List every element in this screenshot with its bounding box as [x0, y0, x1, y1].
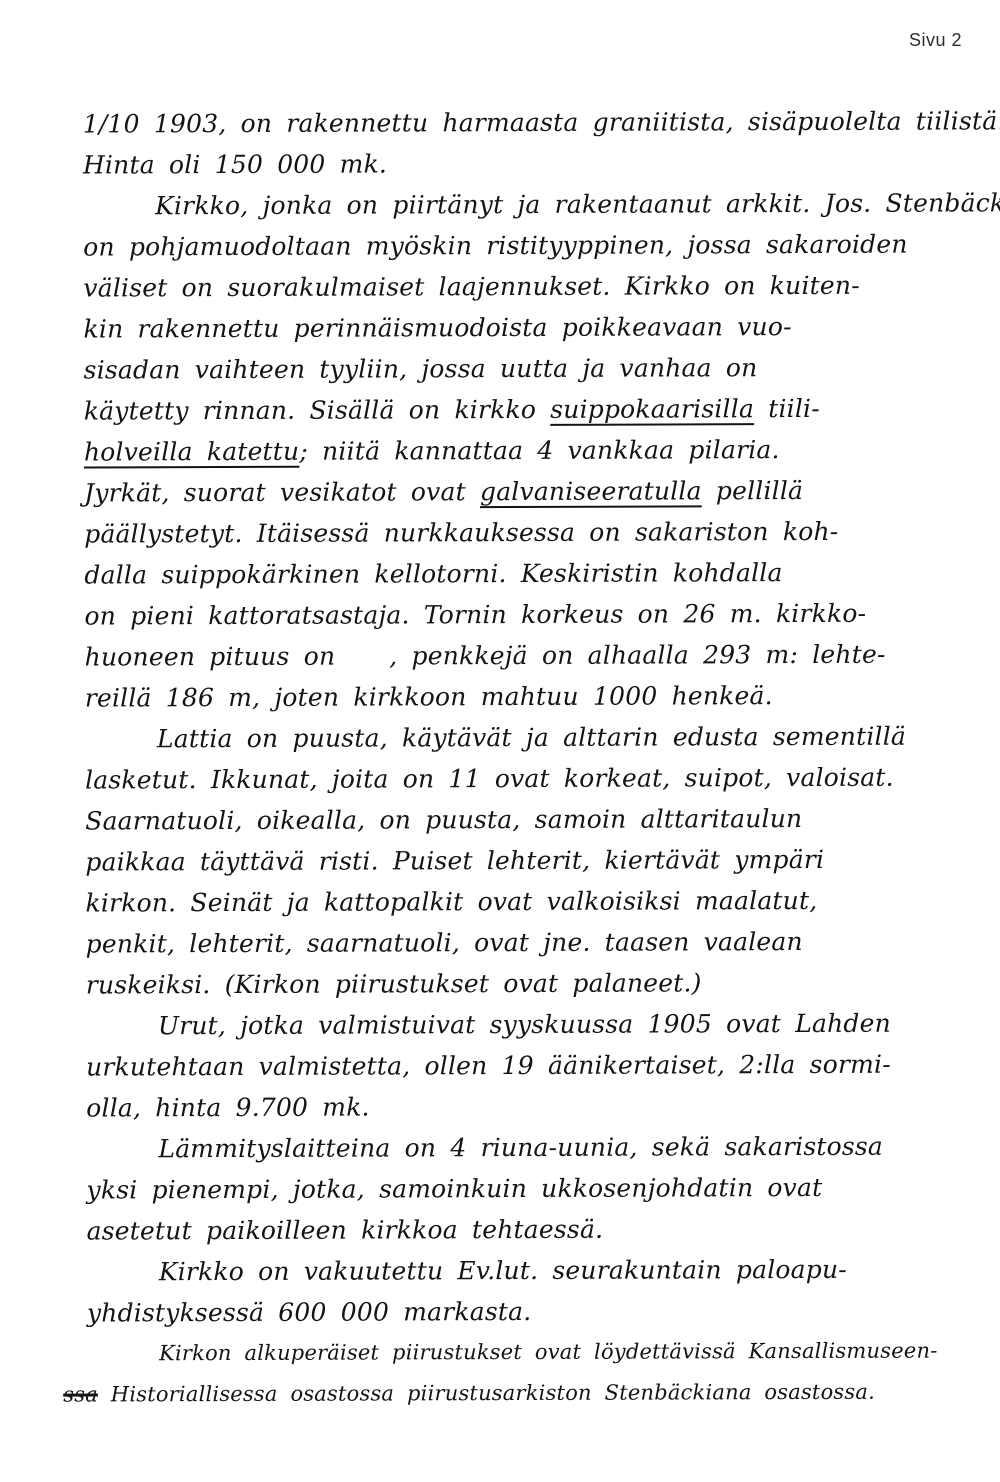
manuscript-text: Historiallisessa osastossa piirustusarki… [98, 1380, 875, 1407]
manuscript-line: käytetty rinnan. Sisällä on kirkko suipp… [84, 387, 946, 431]
manuscript-line: ssa Historiallisessa osastossa piirustus… [63, 1371, 949, 1415]
manuscript-text: tiili- [754, 394, 820, 423]
manuscript-text: galvaniseeratulla [480, 476, 702, 506]
manuscript-text: urkutehtaan valmistetta, ollen 19 äänike… [86, 1050, 891, 1082]
manuscript-text: ssa [63, 1382, 98, 1406]
manuscript-text: 1/10 1903, on rakennettu harmaasta grani… [83, 106, 1000, 138]
manuscript-text: Lämmityslaitteina on 4 riuna-uunia, sekä… [158, 1132, 883, 1164]
manuscript-line: Kirkon alkuperäiset piirustukset ovat lö… [87, 1330, 949, 1374]
manuscript-text: penkit, lehterit, saarnatuoli, ovat jne.… [86, 927, 803, 959]
manuscript-text: dalla suippokärkinen kellotorni. Keskiri… [84, 558, 782, 589]
manuscript-line: väliset on suorakulmaiset laajennukset. … [83, 264, 945, 308]
manuscript-text: Kirkko, jonka on piirtänyt ja rakentaanu… [155, 188, 1000, 220]
manuscript-line: lasketut. Ikkunat, joita on 11 ovat kork… [85, 756, 947, 800]
manuscript-text: Saarnatuoli, oikealla, on puusta, samoin… [85, 804, 802, 836]
scanned-document-page: Sivu 2 1/10 1903, on rakennettu harmaast… [0, 0, 1000, 1482]
manuscript-line: holveilla katettu; niitä kannattaa 4 van… [84, 428, 946, 472]
manuscript-line: yhdistyksessä 600 000 markasta. [87, 1289, 949, 1333]
manuscript-text: kirkon. Seinät ja kattopalkit ovat valko… [85, 886, 817, 918]
manuscript-text: Hinta oli 150 000 mk. [83, 149, 387, 179]
manuscript-line: sisadan vaihteen tyyliin, jossa uutta ja… [84, 346, 946, 390]
manuscript: 1/10 1903, on rakennettu harmaasta grani… [83, 100, 950, 1415]
manuscript-text: väliset on suorakulmaiset laajennukset. … [83, 271, 860, 303]
manuscript-line: 1/10 1903, on rakennettu harmaasta grani… [83, 100, 945, 144]
manuscript-text: päällystetyt. Itäisessä nurkkauksessa on… [84, 517, 838, 549]
manuscript-text: yhdistyksessä 600 000 markasta. [87, 1297, 531, 1328]
page-number-label: Sivu 2 [909, 30, 962, 51]
manuscript-text: ruskeiksi. (Kirkon piirustukset ovat pal… [86, 968, 702, 999]
manuscript-text: on pohjamuodoltaan myöskin ristityyppine… [83, 230, 908, 262]
manuscript-text: Urut, jotka valmistuivat syyskuussa 1905… [158, 1009, 891, 1041]
manuscript-line: olla, hinta 9.700 mk. [86, 1084, 948, 1128]
manuscript-text: on pieni kattoratsastaja. Tornin korkeus… [84, 599, 866, 631]
manuscript-text: Jyrkät, suorat vesikatot ovat [84, 477, 480, 507]
manuscript-text: holveilla katettu [84, 437, 300, 467]
manuscript-line: Urut, jotka valmistuivat syyskuussa 1905… [86, 1002, 948, 1046]
manuscript-line: Jyrkät, suorat vesikatot ovat galvanisee… [84, 469, 946, 513]
manuscript-line: Saarnatuoli, oikealla, on puusta, samoin… [85, 797, 947, 841]
manuscript-text: käytetty rinnan. Sisällä on kirkko [84, 395, 551, 426]
manuscript-text: olla, hinta 9.700 mk. [86, 1093, 370, 1123]
manuscript-line: on pohjamuodoltaan myöskin ristityyppine… [83, 223, 945, 267]
manuscript-text: reillä 186 m, joten kirkkoon mahtuu 1000… [85, 681, 773, 712]
manuscript-line: on pieni kattoratsastaja. Tornin korkeus… [84, 592, 946, 636]
manuscript-text: lasketut. Ikkunat, joita on 11 ovat kork… [85, 763, 894, 795]
manuscript-text: huoneen pituus on [85, 642, 336, 672]
manuscript-line: penkit, lehterit, saarnatuoli, ovat jne.… [86, 920, 948, 964]
manuscript-text: pellillä [702, 476, 804, 505]
manuscript-line: Lattia on puusta, käytävät ja alttarin e… [85, 715, 947, 759]
manuscript-line: Kirkko on vakuutettu Ev.lut. seurakuntai… [87, 1248, 949, 1292]
manuscript-text: yksi pienempi, jotka, samoinkuin ukkosen… [86, 1173, 822, 1205]
manuscript-text: sisadan vaihteen tyyliin, jossa uutta ja… [84, 353, 758, 384]
manuscript-line: kirkon. Seinät ja kattopalkit ovat valko… [85, 879, 947, 923]
manuscript-text: Kirkko on vakuutettu Ev.lut. seurakuntai… [159, 1255, 847, 1286]
manuscript-line: paikkaa täyttävä risti. Puiset lehterit,… [85, 838, 947, 882]
manuscript-line: päällystetyt. Itäisessä nurkkauksessa on… [84, 510, 946, 554]
manuscript-line: Kirkko, jonka on piirtänyt ja rakentaanu… [83, 182, 945, 226]
manuscript-line: Hinta oli 150 000 mk. [83, 141, 945, 185]
manuscript-text: Kirkon alkuperäiset piirustukset ovat lö… [159, 1339, 937, 1366]
manuscript-text: asetetut paikoilleen kirkkoa tehtaessä. [87, 1215, 604, 1246]
manuscript-line: Lämmityslaitteina on 4 riuna-uunia, sekä… [86, 1125, 948, 1169]
manuscript-text: suippokaarisilla [550, 394, 754, 424]
manuscript-text: ; niitä kannattaa 4 vankkaa pilaria. [299, 435, 779, 466]
manuscript-text: Lattia on puusta, käytävät ja alttarin e… [157, 722, 906, 754]
manuscript-line: reillä 186 m, joten kirkkoon mahtuu 1000… [85, 674, 947, 718]
manuscript-line: ruskeiksi. (Kirkon piirustukset ovat pal… [86, 961, 948, 1005]
manuscript-line: asetetut paikoilleen kirkkoa tehtaessä. [87, 1207, 949, 1251]
manuscript-line: urkutehtaan valmistetta, ollen 19 äänike… [86, 1043, 948, 1087]
manuscript-text: paikkaa täyttävä risti. Puiset lehterit,… [85, 845, 824, 877]
manuscript-line: huoneen pituus on, penkkejä on alhaalla … [85, 633, 947, 677]
manuscript-line: kin rakennettu perinnäismuodoista poikke… [83, 305, 945, 349]
manuscript-text: , penkkejä on alhaalla 293 m: lehte- [389, 640, 885, 671]
manuscript-text: kin rakennettu perinnäismuodoista poikke… [83, 312, 791, 343]
manuscript-line: yksi pienempi, jotka, samoinkuin ukkosen… [86, 1166, 948, 1210]
manuscript-line: dalla suippokärkinen kellotorni. Keskiri… [84, 551, 946, 595]
